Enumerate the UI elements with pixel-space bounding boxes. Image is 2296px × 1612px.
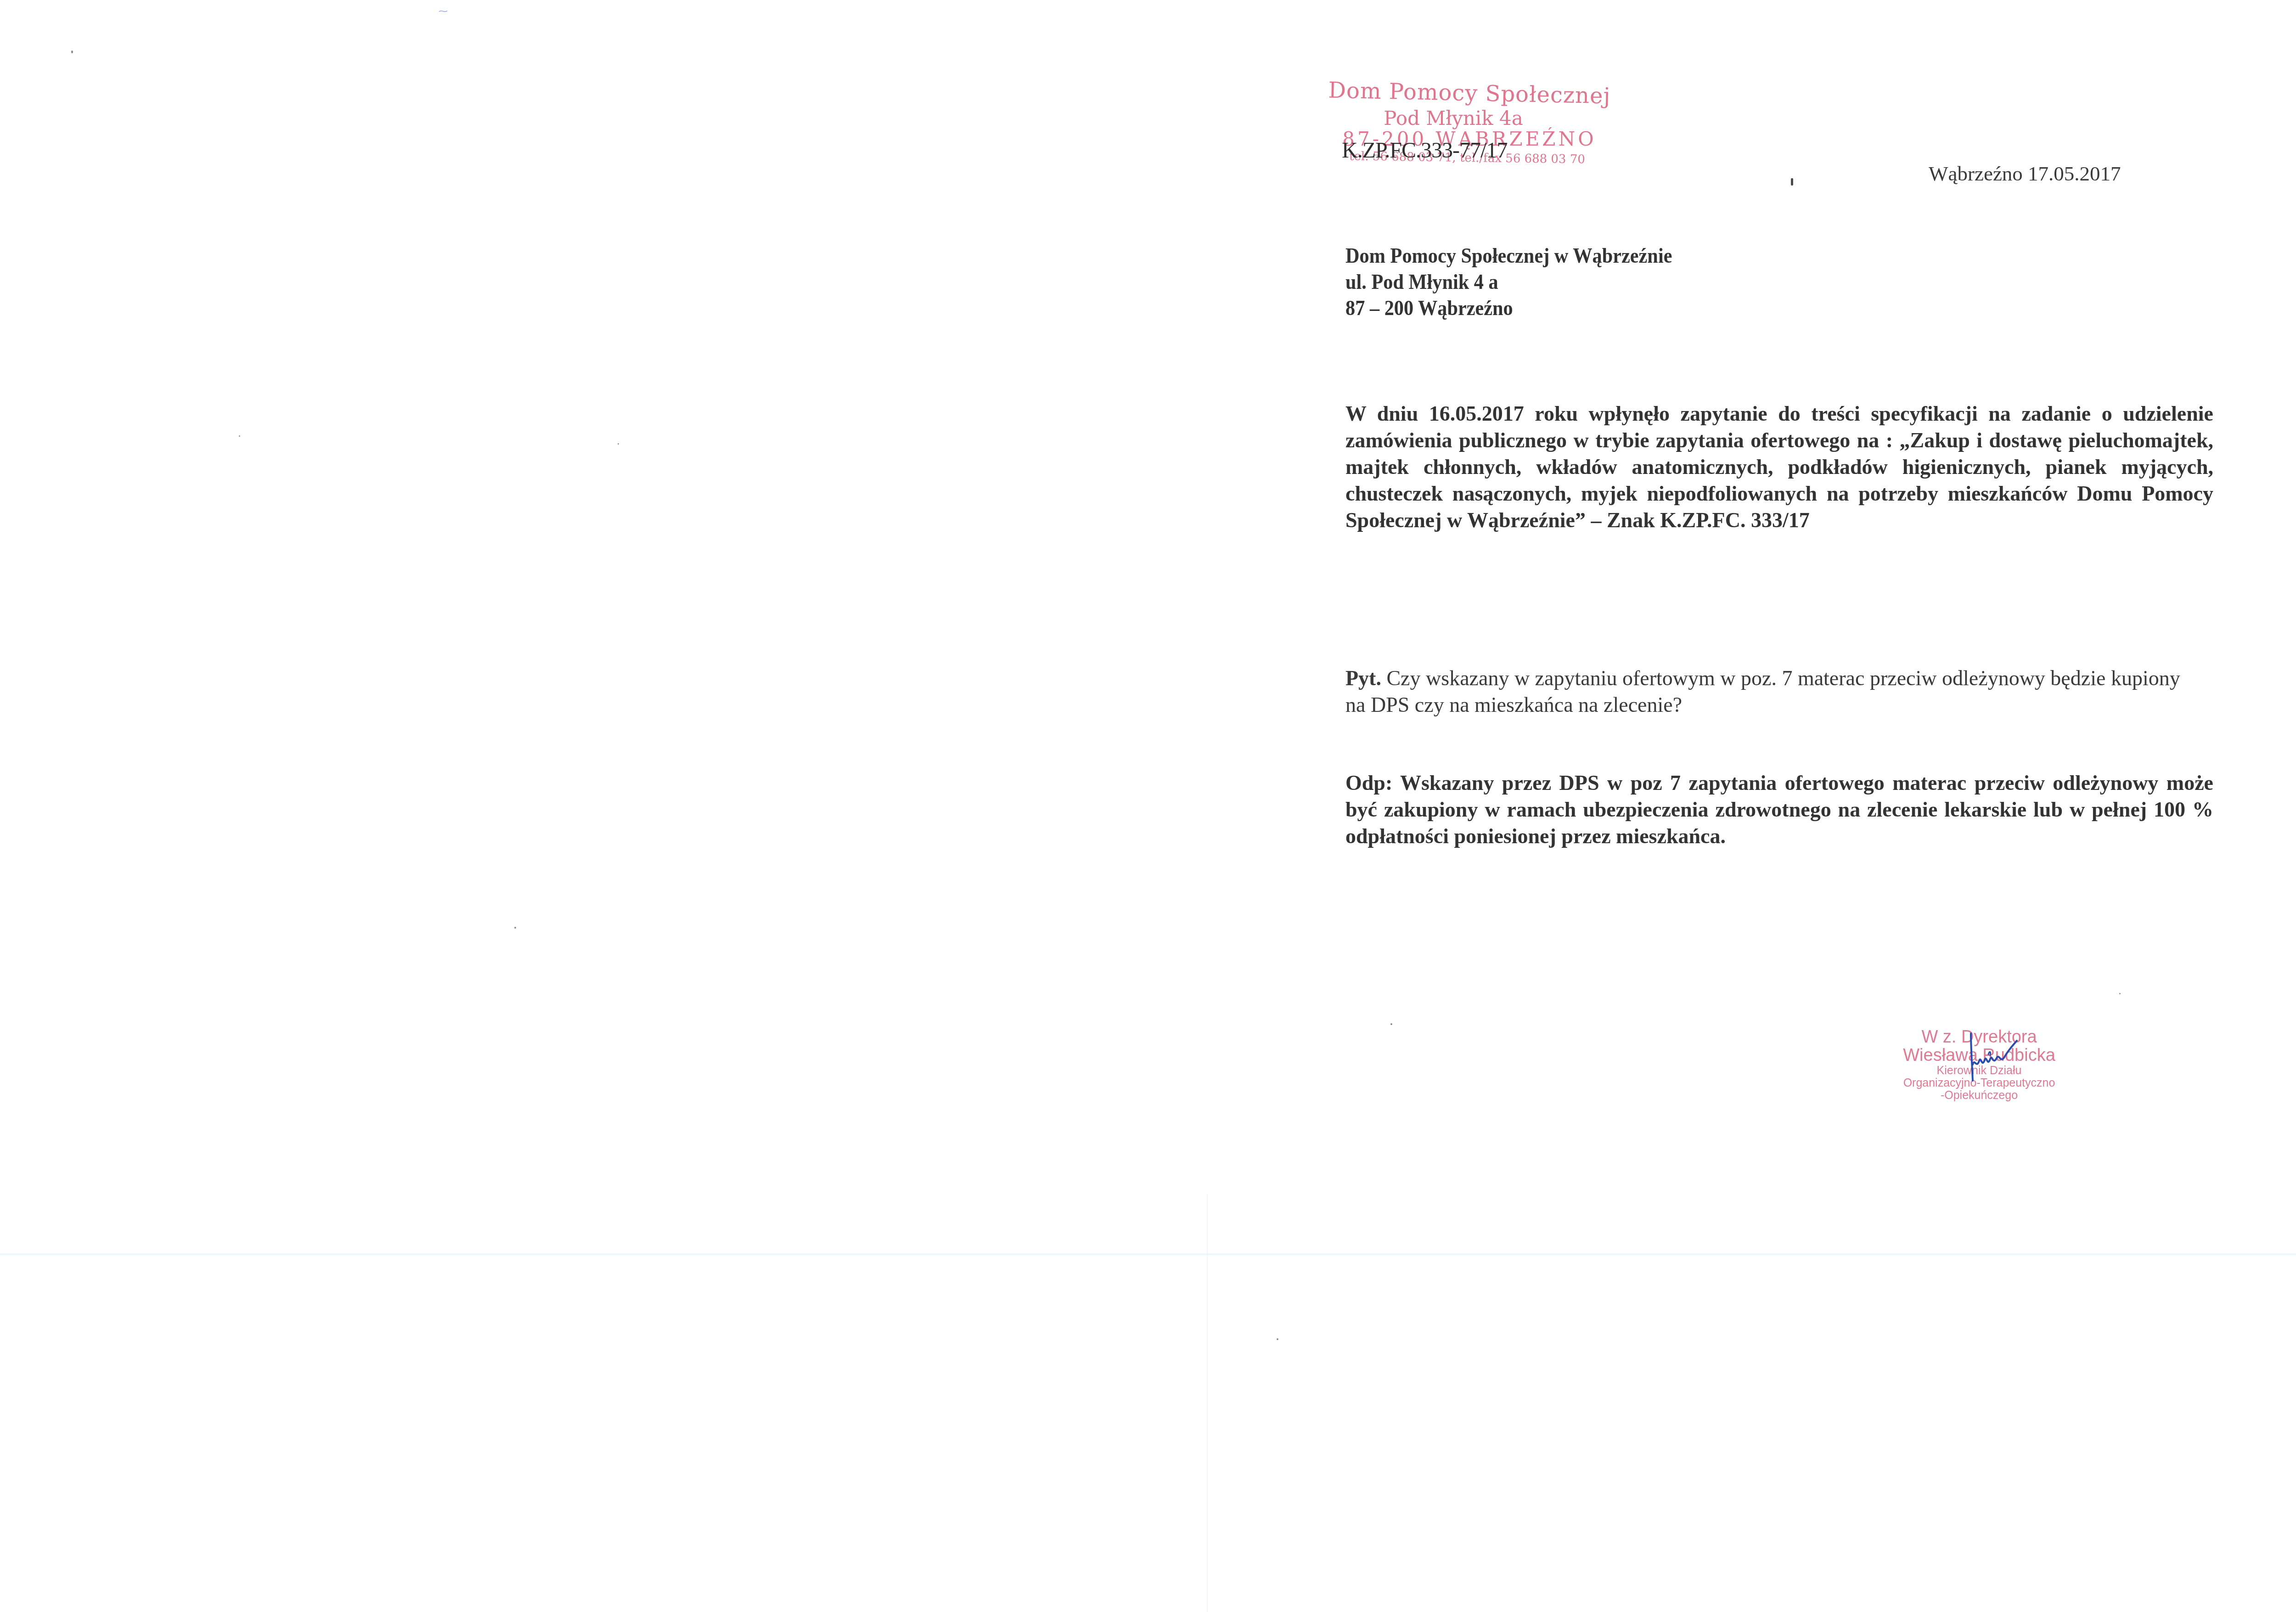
stamp-line-2: Pod Młynik 4a <box>1272 107 1635 130</box>
place-and-date: Wąbrzeźno 17.05.2017 <box>1929 162 2121 186</box>
stamp-line-1: Dom Pomocy Społecznej <box>1304 77 1635 109</box>
reference-number: K.ZP.FC.333-77/17 <box>1342 138 1507 163</box>
recipient-address: Dom Pomocy Społecznej w Wąbrzeźnie ul. P… <box>1345 242 1672 321</box>
scan-speck <box>514 927 516 929</box>
question-paragraph: Pyt. Czy wskazany w zapytaniu ofertowym … <box>1345 665 2186 718</box>
question-text: Czy wskazany w zapytaniu ofertowym w poz… <box>1345 666 2180 716</box>
recipient-postal-city: 87 – 200 Wąbrzeźno <box>1345 295 1672 321</box>
scan-speck <box>1390 1023 1392 1025</box>
scan-speck <box>618 443 619 445</box>
recipient-street: ul. Pod Młynik 4 a <box>1345 269 1672 295</box>
recipient-name: Dom Pomocy Społecznej w Wąbrzeźnie <box>1345 242 1672 269</box>
scan-speck <box>2119 993 2121 994</box>
handwritten-signature-icon <box>1961 1032 2030 1083</box>
scan-speck <box>239 435 240 437</box>
scan-artifact-horizontal <box>0 1253 2296 1256</box>
ink-smudge-icon: ⁓ <box>439 6 471 12</box>
pen-mark <box>1791 178 1793 186</box>
scan-speck <box>1277 1338 1278 1340</box>
question-label: Pyt. <box>1345 666 1381 690</box>
signature-stamp-line-5: -Opiekuńczego <box>1869 1089 2089 1102</box>
intro-paragraph: W dniu 16.05.2017 roku wpłynęło zapytani… <box>1345 400 2213 534</box>
scan-speck <box>71 51 73 53</box>
answer-paragraph: Odp: Wskazany przez DPS w poz 7 zapytani… <box>1345 770 2213 850</box>
scan-artifact-vertical <box>1207 1194 1208 1612</box>
